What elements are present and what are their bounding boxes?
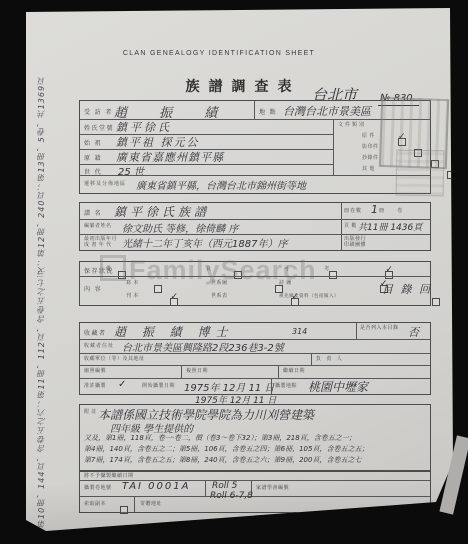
scanned-form-page: CLAN GENEALOGY IDENTIFICATION SHEET 族譜調查… [0, 0, 468, 544]
volumes-value: 1 [371, 203, 378, 216]
book-title-label: 譜 名 [84, 208, 102, 217]
continue-date-label: 繼續日期 [283, 368, 305, 374]
migration-label: 遷移及分佈地區 [84, 181, 126, 187]
content-item-label: 祖先婦女資料（包括嫁入） [279, 293, 339, 298]
book-title-value: 鎮平徐氏族譜 [114, 203, 210, 220]
society-number-label: 家譜學會編號 [256, 485, 289, 491]
listed-value: 否 [408, 324, 419, 340]
content-checkbox-pedigree-table: ✓ [291, 298, 299, 306]
familysearch-watermark: FamilySearch [100, 255, 317, 286]
content-checkbox-printed: ✓ [170, 298, 178, 306]
doc-type-checkbox-other [447, 171, 455, 179]
reg-number-label: 攝製卷地號 [84, 485, 112, 491]
doc-type-item-label: 影印件 [362, 144, 379, 150]
pages-label: 頁 數 [344, 223, 357, 229]
content-checkbox-women-records [432, 298, 440, 306]
genealogy-book-table: 譜 名 鎮平徐氏族譜 編纂者姓名 徐文助氏 等修，徐倚麟 序 最初出版年月 成 … [79, 202, 431, 251]
place-value: 台灣台北市景美區 [283, 103, 371, 119]
doc-type-item-label: 其 他 [362, 166, 375, 172]
copy-date-label: 複照日期 [186, 368, 208, 374]
pages-value: 共11冊 1436頁 [358, 220, 422, 233]
remarks-label: 附 註 [84, 409, 97, 415]
condition-option-label: 劣 [324, 266, 330, 272]
published-value: 光緒十二年丁亥年（西元1887年）序 [122, 235, 287, 250]
manager-label: 負 責 人 [316, 356, 344, 362]
identification-table: 受 訪 者 趙 振 績 地 點 台灣台北市景美區 姓氏堂號 鎮平徐氏 始 祖 鎮… [79, 100, 431, 194]
sheet-title-en: CLAN GENEALOGY IDENTIFICATION SHEET [0, 50, 438, 57]
microfilm-frame: CLAN GENEALOGY IDENTIFICATION SHEET 族譜調查… [0, 0, 468, 544]
volumes-label: 冊卷數 [344, 208, 362, 214]
ancestor-label: 始 祖 [84, 138, 102, 147]
start-date-value: 1975年 12月 11 日 [184, 379, 274, 394]
content-checkbox-manuscript [154, 285, 162, 293]
margin-note-bottom: 第10冊，144頁，含卷五之六；第11冊，112頁，含卷五之七三 [36, 280, 47, 528]
form-title: 族譜調查表 [168, 76, 318, 101]
copy-request-checkbox [120, 506, 128, 514]
holder-note: 314 [292, 327, 307, 336]
seal-stamp-secondary [396, 150, 445, 197]
remarks-small1: 又及，第1冊，118頁，卷一·卷二，價（卷3～卷下32）；第3冊，218頁，含卷… [84, 433, 356, 443]
holder-value: 趙 振 績 博士 [114, 323, 233, 340]
remarks-small3: 第7冊，174頁，含卷五之五；第8冊，240頁，含卷五之六；第9冊，200頁，含… [84, 455, 361, 465]
filming-place-label: 攝製地點 [275, 383, 297, 389]
roll-number-2: Roll 6-7,8 [210, 491, 253, 501]
published-label2: 成 書 年 代 [84, 242, 112, 248]
content-checkbox-pedigree-chart [275, 285, 283, 293]
holder-table: 收藏者 趙 振 績 博士 314 是否列入本目錄 否 收藏者住址 台北市景美區興… [79, 322, 431, 395]
surname-label: 姓氏堂號 [84, 123, 114, 132]
start-date-label: 開始攝製日期 [142, 383, 175, 389]
reg-number-value: TAI 0001A [122, 481, 190, 492]
content-item-label: 刊 本 [126, 293, 139, 299]
migration-value: 廣東省鎮平縣，台灣台北市錦州街等地 [136, 177, 306, 192]
volumes-unit: 冊 卷 [379, 208, 408, 214]
doc-type-header: 文件類別 [338, 122, 366, 128]
surname-value: 鎮平徐氏 [116, 119, 172, 135]
compiler-value: 徐文助氏 等修，徐倚麟 序 [122, 220, 238, 235]
footer-table: 將不予攝製繼續日期 攝製卷地號 TAI 0001A Roll 5 Roll 6-… [79, 470, 431, 513]
compiler-label: 編纂者姓名 [84, 223, 112, 229]
doc-type-item-label: 抄錄件 [362, 155, 379, 161]
permit-label: 准許攝製 [84, 383, 106, 389]
filming-place-value: 桃園中壢家 [308, 378, 368, 395]
copy-request-label: 索取副本 [84, 501, 106, 507]
permit-check-mark: ✓ [118, 379, 126, 390]
familysearch-logo-icon [100, 255, 126, 281]
content-item-label: 世系表 [211, 293, 228, 299]
remarks-table: 附 註 本譜係國立技術學院學院為力川刈營建築 四年級 學生提供的 又及，第1冊，… [79, 404, 431, 472]
org-label: 收藏單位（等）及其地址 [84, 356, 145, 362]
holder-address-label: 收藏者住址 [84, 343, 114, 349]
listed-label: 是否列入本目錄 [360, 325, 399, 331]
roll-number-1: Roll 5 [212, 481, 237, 491]
send-address-label: 寄贈地址 [140, 501, 162, 507]
interviewee-label: 受 訪 者 [84, 107, 113, 116]
remarks-small2: 第4冊，140頁，含卷五之二；第5冊，106頁，含卷五之四；第6冊，105頁，含… [84, 444, 368, 454]
holder-label: 收藏者 [84, 328, 107, 337]
publisher-label2: 印刷團體 [344, 242, 366, 248]
place-label: 地 點 [259, 107, 277, 116]
ancestor-value: 鎮平祖 探元公 [116, 134, 200, 150]
index-handwritten: 目 錄 回 [382, 281, 432, 297]
later-filming-label: 將不予攝製繼續日期 [84, 473, 134, 479]
margin-note-top: 又：第12冊，240頁；第13冊，5卷，共1369頁 [36, 30, 47, 275]
doc-type-item-label: 原 件 [362, 133, 375, 139]
microfilm-label: 縮照編號 [84, 368, 106, 374]
holder-address-value: 台北市景美區興隆路2段236巷3-2號 [122, 339, 284, 354]
origin-label: 原 籍 [84, 153, 102, 162]
